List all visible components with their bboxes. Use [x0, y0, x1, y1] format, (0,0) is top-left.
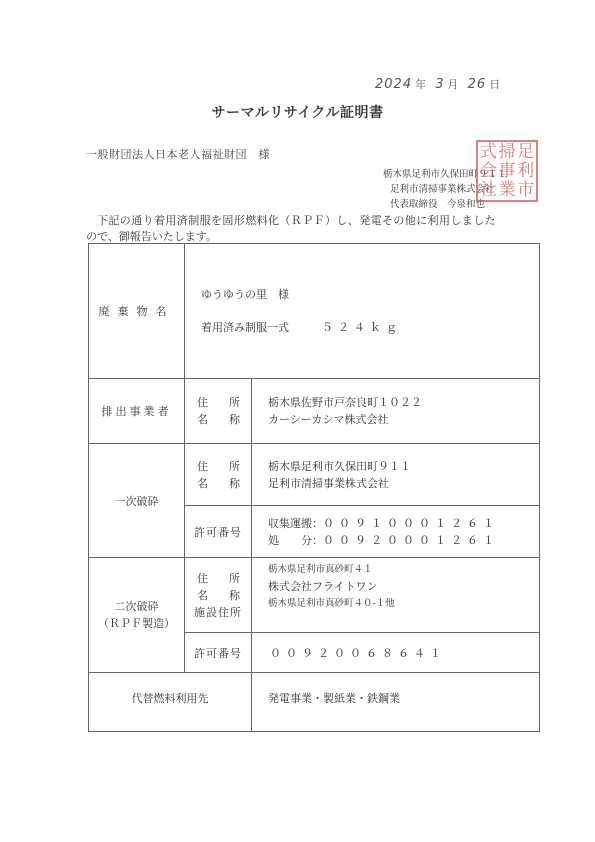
sublabels-discharger: 住所 名称	[185, 379, 252, 444]
sublabel-char: 所	[229, 394, 240, 411]
label-waste: 廃棄物名	[89, 244, 185, 379]
sublabel-char: 住	[197, 458, 208, 475]
sublabel-char: 称	[229, 587, 240, 604]
row-usage: 代替燃料利用先 発電事業・製紙業・鉄鋼業	[89, 673, 540, 732]
label-primary: 一次破砕	[89, 444, 185, 558]
label-subtext: （ＲＰＦ製造）	[89, 615, 184, 632]
sublabel-char: 称	[229, 411, 240, 428]
label-secondary: 二次破砕 （ＲＰＦ製造）	[89, 558, 185, 673]
discharger-name: カーシーカシマ株式会社	[268, 411, 539, 428]
secondary-name: 株式会社フライトワン	[268, 578, 539, 595]
stamp-char: 式	[479, 143, 498, 162]
sublabel-char: 住	[197, 394, 208, 411]
stamp-char: 利	[516, 162, 535, 181]
stamp-char: 掃	[498, 143, 517, 162]
sublabel-char: 所	[229, 570, 240, 587]
date-month: 3	[435, 77, 444, 92]
sublabel-name: 名称	[185, 587, 251, 604]
sublabel-permit-secondary: 許可番号	[185, 633, 252, 673]
waste-weight: ５２４ｋｇ	[322, 321, 402, 334]
label-text: 一次破砕	[115, 495, 159, 508]
secondary-address: 栃木県足利市真砂町４１	[268, 561, 539, 578]
sublabel-address: 住所	[185, 458, 251, 475]
stamp-char: 会	[479, 162, 498, 181]
value-waste: ゆうゆうの里 様 着用済み制服一式 ５２４ｋｇ	[185, 244, 540, 379]
sublabel-name: 名称	[185, 475, 251, 492]
value-primary: 栃木県足利市久保田町９１１ 足利市清掃事業株式会社	[252, 444, 540, 506]
permit-label: 許可番号	[185, 524, 251, 540]
intro-text: 下記の通り着用済制服を固形燃料化（ＲＰＦ）し、発電その他に利用しました ので、御…	[86, 213, 546, 245]
addressee: 一般財団法人日本老人福祉財団 様	[86, 146, 270, 162]
primary-address: 栃木県足利市久保田町９１１	[268, 458, 539, 475]
permit-collect: 収集運搬：００９１０００１２６１	[268, 515, 539, 532]
permit-label: 許可番号	[185, 645, 251, 661]
label-text: 廃棄物名	[99, 305, 175, 318]
waste-item: 着用済み制服一式	[201, 321, 289, 334]
sublabel-name: 名称	[185, 411, 251, 428]
stamp-char: 社	[479, 181, 498, 200]
sublabel-permit-primary: 許可番号	[185, 506, 252, 558]
certificate-table: 廃棄物名 ゆうゆうの里 様 着用済み制服一式 ５２４ｋｇ 排出事業者 住所 名称…	[88, 243, 540, 732]
sublabels-primary: 住所 名称	[185, 444, 252, 506]
permit-dispose: 処分：００９２０００１２６１	[268, 532, 539, 549]
company-seal-stamp: 式 掃 足 会 事 利 社 業 市	[476, 140, 538, 202]
permit-collect-label: 収集運搬：	[268, 517, 323, 530]
sublabel-char: 住	[197, 570, 208, 587]
permit-number: ００９２００６８６４１	[270, 647, 446, 660]
date-year: 2024	[375, 77, 412, 92]
value-usage: 発電事業・製紙業・鉄鋼業	[252, 673, 540, 732]
sublabel-facility: 施設住所	[185, 604, 251, 621]
sublabel-char: 所	[229, 458, 240, 475]
sublabel-address: 住所	[185, 394, 251, 411]
waste-line-2: 着用済み制服一式 ５２４ｋｇ	[201, 319, 539, 336]
row-waste: 廃棄物名 ゆうゆうの里 様 着用済み制服一式 ５２４ｋｇ	[89, 244, 540, 379]
permit-collect-number: ００９１０００１２６１	[323, 517, 499, 530]
waste-line-1: ゆうゆうの里 様	[201, 286, 539, 303]
label-text: 排出事業者	[102, 405, 172, 418]
permit-dispose-number: ００９２０００１２６１	[323, 534, 499, 547]
sublabel-char: 名	[197, 475, 208, 492]
permit-dispose-label: 処	[268, 534, 279, 547]
value-primary-permit: 収集運搬：００９１０００１２６１ 処分：００９２０００１２６１	[252, 506, 540, 558]
primary-name: 足利市清掃事業株式会社	[268, 475, 539, 492]
row-secondary-address: 二次破砕 （ＲＰＦ製造） 住所 名称 施設住所 栃木県足利市真砂町４１ 株式会社…	[89, 558, 540, 633]
usage-value: 発電事業・製紙業・鉄鋼業	[268, 692, 400, 705]
permit-dispose-label: 分：	[301, 534, 323, 547]
intro-line-1: 下記の通り着用済制服を固形燃料化（ＲＰＦ）し、発電その他に利用しました	[86, 213, 546, 229]
row-discharger: 排出事業者 住所 名称 栃木県佐野市戸奈良町１０２２ カーシーカシマ株式会社	[89, 379, 540, 444]
stamp-char: 市	[516, 181, 535, 200]
date-day: 26	[468, 77, 487, 92]
sublabel-char: 称	[229, 475, 240, 492]
label-discharger: 排出事業者	[89, 379, 185, 444]
sublabel-char: 名	[197, 411, 208, 428]
stamp-char: 業	[498, 181, 517, 200]
label-text: 代替燃料利用先	[132, 692, 209, 705]
date-month-unit: 月	[448, 78, 460, 91]
value-discharger: 栃木県佐野市戸奈良町１０２２ カーシーカシマ株式会社	[252, 379, 540, 444]
label-usage: 代替燃料利用先	[89, 673, 252, 732]
document-title: サーマルリサイクル証明書	[0, 102, 595, 122]
sublabel-char: 名	[197, 587, 208, 604]
date-year-unit: 年	[415, 78, 427, 91]
stamp-char: 足	[516, 143, 535, 162]
discharger-address: 栃木県佐野市戸奈良町１０２２	[268, 394, 539, 411]
value-secondary: 栃木県足利市真砂町４１ 株式会社フライトワン 栃木県足利市真砂町４０-１他	[252, 558, 540, 633]
issue-date: 2024年 3月 26日	[375, 76, 504, 92]
label-text: 二次破砕	[89, 598, 184, 615]
stamp-char: 事	[498, 162, 517, 181]
sublabels-secondary: 住所 名称 施設住所	[185, 558, 252, 633]
secondary-facility-address: 栃木県足利市真砂町４０-１他	[268, 595, 539, 612]
value-secondary-permit: ００９２００６８６４１	[252, 633, 540, 673]
row-primary-address: 一次破砕 住所 名称 栃木県足利市久保田町９１１ 足利市清掃事業株式会社	[89, 444, 540, 506]
issuer-representative: 代表取締役 今泉和也	[390, 196, 485, 210]
sublabel-address: 住所	[185, 570, 251, 587]
date-day-unit: 日	[489, 78, 501, 91]
